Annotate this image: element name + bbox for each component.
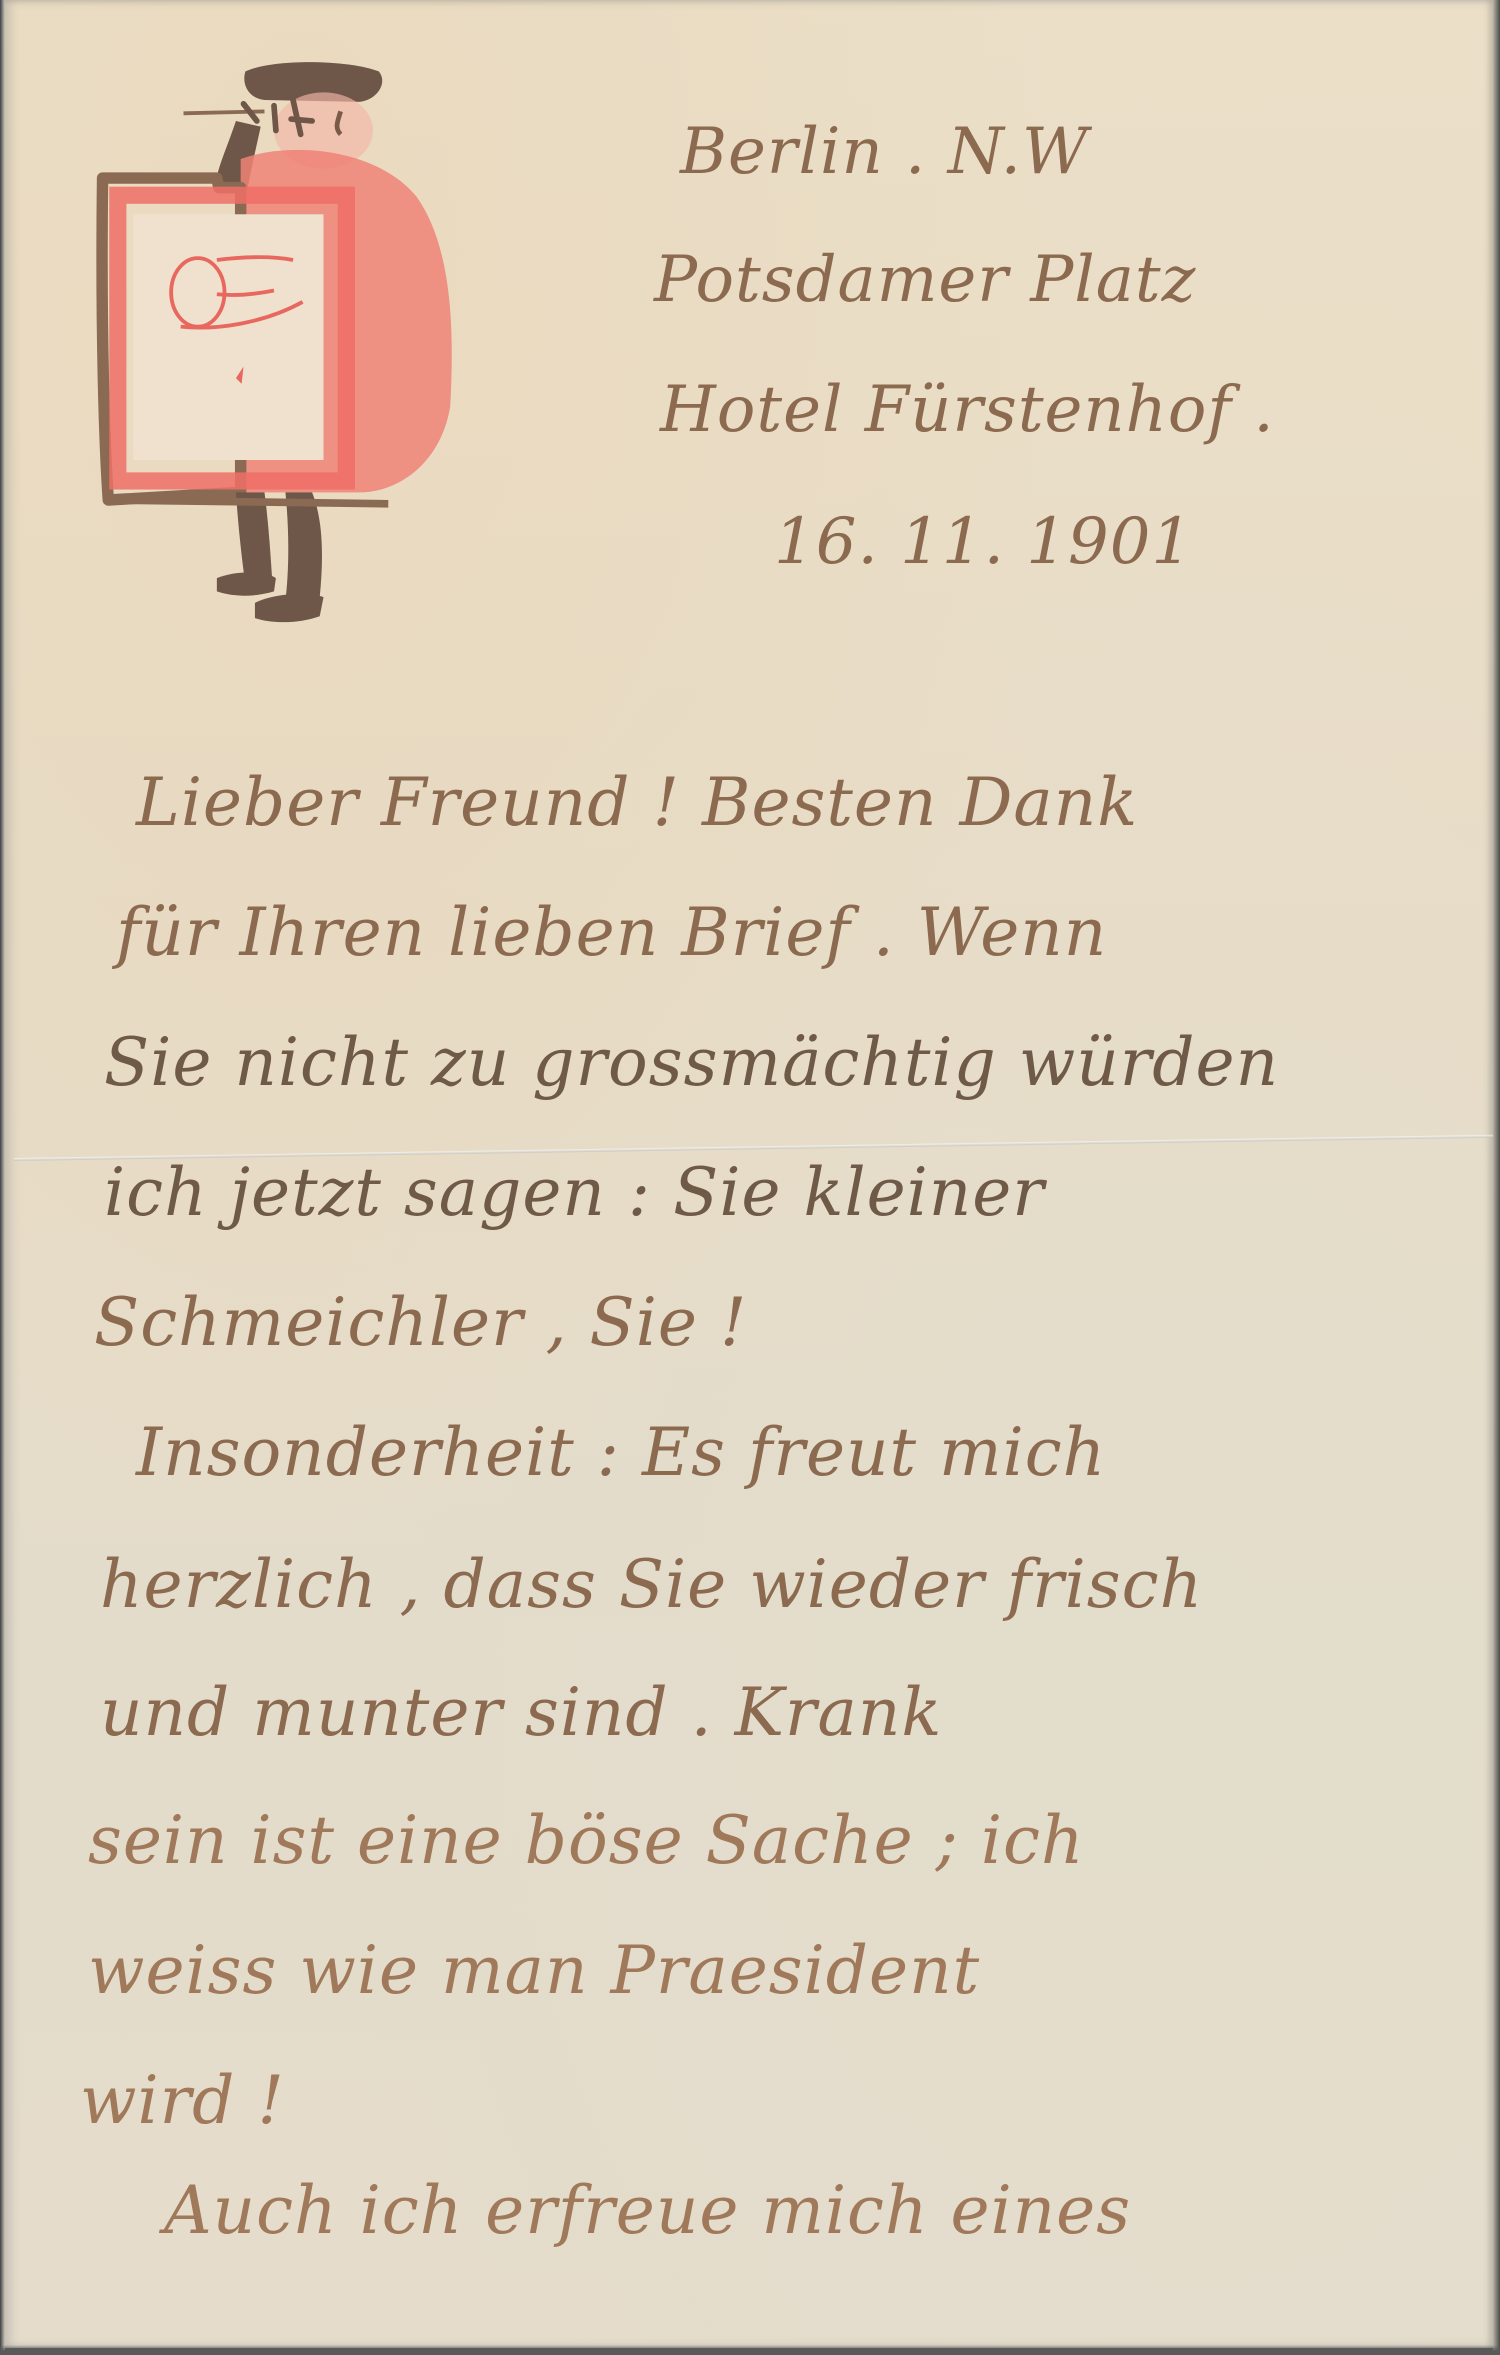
paper-edge-right	[1493, 0, 1500, 2355]
body-line: wird !	[80, 2068, 285, 2134]
body-line: herzlich , dass Sie wieder frisch	[100, 1552, 1203, 1618]
header-date: 16. 11. 1901	[774, 510, 1193, 574]
header-street: Potsdamer Platz	[654, 248, 1196, 312]
header-city: Berlin . N.W	[680, 120, 1089, 184]
body-line: und munter sind . Krank	[100, 1680, 942, 1746]
body-line: Schmeichler , Sie !	[94, 1290, 747, 1356]
body-line: Lieber Freund ! Besten Dank	[136, 770, 1138, 836]
man-carrying-sign-illustration	[74, 40, 474, 640]
body-line: ich jetzt sagen : Sie kleiner	[104, 1160, 1045, 1226]
letter-sheet: Berlin . N.W Potsdamer Platz Hotel Fürst…	[4, 0, 1493, 2348]
header-hotel: Hotel Fürstenhof .	[660, 378, 1275, 442]
body-line: Insonderheit : Es freut mich	[136, 1420, 1106, 1486]
scan-background-bottom	[0, 2345, 1500, 2355]
body-line: sein ist eine böse Sache ; ich	[88, 1808, 1084, 1874]
body-line: weiss wie man Praesident	[88, 1938, 980, 2004]
body-line: Sie nicht zu grossmächtig würden	[104, 1030, 1279, 1096]
body-line: für Ihren lieben Brief . Wenn	[116, 900, 1107, 966]
body-line: Auch ich erfreue mich eines	[164, 2178, 1131, 2244]
paper-edge-left	[0, 0, 5, 2355]
